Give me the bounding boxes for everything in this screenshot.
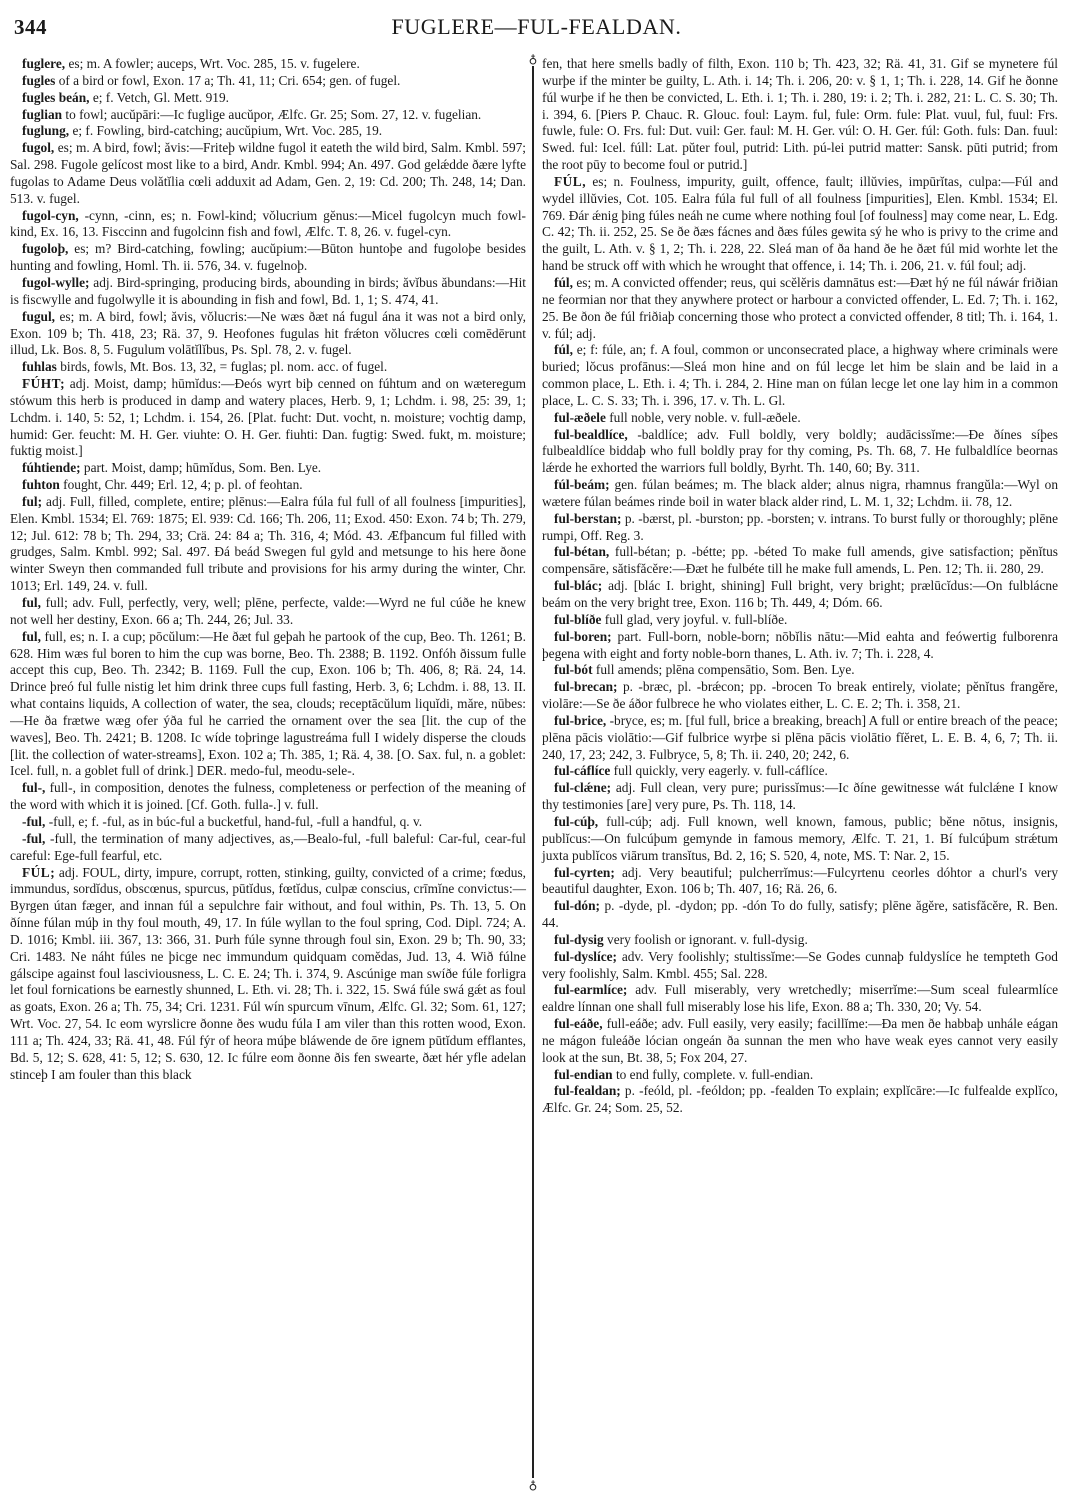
- dictionary-entry: ful-earmlíce; adv. Full miserably, very …: [542, 982, 1058, 1016]
- dictionary-entry: ful-dón; p. -dyde, pl. -dydon; pp. -dón …: [542, 898, 1058, 932]
- dictionary-entry: ful-dyslíce; adv. Very foolishly; stulti…: [542, 949, 1058, 983]
- dictionary-entry: ful-clǽne; adj. Full clean, very pure; p…: [542, 780, 1058, 814]
- entry-headword: ful-boren;: [554, 629, 612, 644]
- entry-headword: fúl,: [554, 342, 573, 357]
- entry-definition: part. Moist, damp; hūmĭdus, Som. Ben. Ly…: [84, 460, 321, 475]
- entry-headword: fugol-wylle;: [22, 275, 89, 290]
- entry-definition: es; m. A fowler; auceps, Wrt. Voc. 285, …: [68, 56, 359, 71]
- entry-definition: full-bétan; p. -bétte; pp. -béted To mak…: [542, 544, 1058, 576]
- dictionary-entry: -ful, -full, e; f. -ful, as in búc-ful a…: [10, 814, 526, 831]
- entry-headword: ful,: [22, 595, 41, 610]
- dictionary-entry: ful, full; adv. Full, perfectly, very, w…: [10, 595, 526, 629]
- entry-headword: ful-eáðe,: [554, 1016, 603, 1031]
- page-header: 344 FUGLERE—FUL-FEALDAN.: [14, 4, 1059, 40]
- entry-definition: p. -dyde, pl. -dydon; pp. -dón To do ful…: [542, 898, 1058, 930]
- entry-definition: full noble, very noble. v. full-æðele.: [609, 410, 800, 425]
- entry-definition: full; adv. Full, perfectly, very, well; …: [10, 595, 526, 627]
- entry-definition: full-cúþ; adj. Full known, well known, f…: [542, 814, 1058, 863]
- entry-headword: ful-bétan,: [554, 544, 609, 559]
- entry-headword: ful;: [22, 494, 42, 509]
- dictionary-entry: fúl, es; m. A convicted offender; reus, …: [542, 275, 1058, 342]
- dictionary-entry: fúl, e; f: fúle, an; f. A foul, common o…: [542, 342, 1058, 409]
- dictionary-entry: fúhtiende; part. Moist, damp; hūmĭdus, S…: [10, 460, 526, 477]
- dictionary-entry: fuglian to fowl; aucŭpāri:—Ic fuglige au…: [10, 107, 526, 124]
- entry-headword: fugol,: [22, 140, 54, 155]
- entry-definition: full-eáðe; adv. Full easily, very easily…: [542, 1016, 1058, 1065]
- entry-definition: es; m. A bird, fowl; ăvis, vŏlucris:—Ne …: [10, 309, 526, 358]
- entry-definition: e; f: fúle, an; f. A foul, common or unc…: [542, 342, 1058, 408]
- entry-headword: fúl-beám;: [554, 477, 610, 492]
- entry-headword: fugul,: [22, 309, 55, 324]
- entry-definition: -bryce, es; m. [ful full, brice a breaki…: [542, 713, 1058, 762]
- entry-headword: ful-bealdlíce,: [554, 427, 628, 442]
- dictionary-entry: ful-berstan; p. -bærst, pl. -burston; pp…: [542, 511, 1058, 545]
- dictionary-entry: fugles beán, e; f. Vetch, Gl. Mett. 919.: [10, 90, 526, 107]
- dictionary-entry: fugles of a bird or fowl, Exon. 17 a; Th…: [10, 73, 526, 90]
- entry-headword: ful-blác;: [554, 578, 602, 593]
- dictionary-entry: ful-, full-, in composition, denotes the…: [10, 780, 526, 814]
- dictionary-entry: fugol-wylle; adj. Bird-springing, produc…: [10, 275, 526, 309]
- entry-headword: ful-brice,: [554, 713, 606, 728]
- dictionary-entry: ful-eáðe, full-eáðe; adv. Full easily, v…: [542, 1016, 1058, 1067]
- entry-definition: e; f. Fowling, bird-catching; aucŭpium, …: [72, 123, 382, 138]
- entry-definition: full, es; n. I. a cup; pōcŭlum:—He ðæt f…: [10, 629, 526, 779]
- running-title: FUGLERE—FUL-FEALDAN.: [14, 14, 1059, 40]
- dictionary-entry: fen, that here smells badly of filth, Ex…: [542, 56, 1058, 174]
- dictionary-entry: fuglere, es; m. A fowler; auceps, Wrt. V…: [10, 56, 526, 73]
- entry-headword: ful-dysig: [554, 932, 604, 947]
- entry-definition: adv. Very foolishly; stultissĭme:—Se God…: [542, 949, 1058, 981]
- entry-definition: to fowl; aucŭpāri:—Ic fuglige aucŭpor, Æ…: [65, 107, 481, 122]
- entry-definition: es; m? Bird-catching, fowling; aucŭpium:…: [10, 241, 526, 273]
- entry-definition: es; m. A bird, fowl; ăvis:—Friteþ wildne…: [10, 140, 526, 206]
- entry-headword: ful-æðele: [554, 410, 606, 425]
- entry-headword: fuglere,: [22, 56, 65, 71]
- entry-definition: adj. Full, filled, complete, entire; plē…: [10, 494, 526, 593]
- entry-headword: ful-endian: [554, 1067, 613, 1082]
- entry-headword: FÚHT;: [22, 376, 65, 391]
- dictionary-entry: fugul, es; m. A bird, fowl; ăvis, vŏlucr…: [10, 309, 526, 360]
- entry-definition: part. Full-born, noble-born; nōbĭlis nāt…: [542, 629, 1058, 661]
- left-column: fuglere, es; m. A fowler; auceps, Wrt. V…: [10, 56, 532, 1486]
- entry-headword: fúhtiende;: [22, 460, 81, 475]
- dictionary-entry: fuglung, e; f. Fowling, bird-catching; a…: [10, 123, 526, 140]
- entry-definition: full amends; plēna compensātio, Som. Ben…: [596, 662, 855, 677]
- entry-definition: fought, Chr. 449; Erl. 12, 4; p. pl. of …: [63, 477, 302, 492]
- entry-definition: adj. Full clean, very pure; purissĭmus:—…: [542, 780, 1058, 812]
- entry-headword: ful-berstan;: [554, 511, 621, 526]
- entry-headword: fugoloþ,: [22, 241, 68, 256]
- column-divider-rule: ♁ ♁: [532, 62, 534, 1480]
- entry-definition: full quickly, very eagerly. v. full-cáfl…: [614, 763, 828, 778]
- entry-headword: ful-bót: [554, 662, 593, 677]
- dictionary-entry: ful-cúþ, full-cúþ; adj. Full known, well…: [542, 814, 1058, 865]
- entry-definition: adj. FOUL, dirty, impure, corrupt, rotte…: [10, 865, 526, 1082]
- entry-headword: ful-fealdan;: [554, 1083, 621, 1098]
- entry-definition: full-, in composition, denotes the fulne…: [10, 780, 526, 812]
- entry-headword: fugol-cyn,: [22, 208, 79, 223]
- entry-headword: ful-cáflíce: [554, 763, 610, 778]
- dictionary-entry: ful-blíðe full glad, very joyful. v. ful…: [542, 612, 1058, 629]
- dictionary-entry: fuhton fought, Chr. 449; Erl. 12, 4; p. …: [10, 477, 526, 494]
- two-column-body: fuglere, es; m. A fowler; auceps, Wrt. V…: [10, 56, 1063, 1486]
- entry-definition: -cynn, -cinn, es; n. Fowl-kind; vŏlucriu…: [10, 208, 526, 240]
- entry-definition: to end fully, complete. v. full-endian.: [616, 1067, 813, 1082]
- dictionary-entry: fúl-beám; gen. fúlan beámes; m. The blac…: [542, 477, 1058, 511]
- entry-headword: ful-brecan;: [554, 679, 618, 694]
- dictionary-entry: FÚL, es; n. Foulness, impurity, guilt, o…: [542, 174, 1058, 275]
- entry-definition: gen. fúlan beámes; m. The black alder; a…: [542, 477, 1058, 509]
- entry-definition: very foolish or ignorant. v. full-dysig.: [607, 932, 808, 947]
- dictionary-entry: FÚHT; adj. Moist, damp; hūmĭdus:—Ðeós wy…: [10, 376, 526, 460]
- entry-headword: ful-cúþ,: [554, 814, 598, 829]
- dictionary-entry: fugoloþ, es; m? Bird-catching, fowling; …: [10, 241, 526, 275]
- dictionary-entry: fuhlas birds, fowls, Mt. Bos. 13, 32, = …: [10, 359, 526, 376]
- entry-definition: adj. [blác I. bright, shining] Full brig…: [542, 578, 1058, 610]
- dictionary-entry: ful-boren; part. Full-born, noble-born; …: [542, 629, 1058, 663]
- entry-headword: fuhton: [22, 477, 60, 492]
- entry-definition: es; n. Foulness, impurity, guilt, offenc…: [542, 174, 1058, 273]
- entry-headword: FÚL,: [554, 174, 586, 189]
- entry-definition: of a bird or fowl, Exon. 17 a; Th. 41, 1…: [59, 73, 401, 88]
- entry-headword: ful-blíðe: [554, 612, 601, 627]
- entry-headword: ful-dyslíce;: [554, 949, 617, 964]
- dictionary-entry: fugol-cyn, -cynn, -cinn, es; n. Fowl-kin…: [10, 208, 526, 242]
- dictionary-entry: ful-dysig very foolish or ignorant. v. f…: [542, 932, 1058, 949]
- entry-headword: ful-cyrten;: [554, 865, 615, 880]
- entry-headword: -ful,: [22, 831, 45, 846]
- entry-headword: fugles: [22, 73, 55, 88]
- entry-definition: -full, the termination of many adjective…: [10, 831, 526, 863]
- entry-definition: e; f. Vetch, Gl. Mett. 919.: [93, 90, 229, 105]
- entry-definition: full glad, very joyful. v. full-blíðe.: [605, 612, 788, 627]
- entry-definition: p. -bræc, pl. -brǽcon; pp. -brocen To br…: [542, 679, 1058, 711]
- entry-definition: adj. Very beautiful; pulcherrĭmus:—Fulcy…: [542, 865, 1058, 897]
- entry-definition: birds, fowls, Mt. Bos. 13, 32, = fuglas;…: [60, 359, 387, 374]
- dictionary-entry: ful-bealdlíce, -baldlíce; adv. Full bold…: [542, 427, 1058, 478]
- entry-headword: ful-dón;: [554, 898, 600, 913]
- entry-headword: FÚL;: [22, 865, 55, 880]
- dictionary-entry: FÚL; adj. FOUL, dirty, impure, corrupt, …: [10, 865, 526, 1084]
- entry-headword: fúl,: [554, 275, 573, 290]
- dictionary-entry: ful-æðele full noble, very noble. v. ful…: [542, 410, 1058, 427]
- entry-headword: ful-,: [22, 780, 45, 795]
- dictionary-page: 344 FUGLERE—FUL-FEALDAN. fuglere, es; m.…: [0, 0, 1073, 1500]
- dictionary-entry: ful, full, es; n. I. a cup; pōcŭlum:—He …: [10, 629, 526, 781]
- dictionary-entry: ful-cáflíce full quickly, very eagerly. …: [542, 763, 1058, 780]
- dictionary-entry: ful-blác; adj. [blác I. bright, shining]…: [542, 578, 1058, 612]
- entry-headword: ful-clǽne;: [554, 780, 611, 795]
- divider-top-ornament-icon: ♁: [526, 52, 540, 66]
- entry-definition: fen, that here smells badly of filth, Ex…: [542, 56, 1058, 172]
- dictionary-entry: fugol, es; m. A bird, fowl; ăvis:—Friteþ…: [10, 140, 526, 207]
- right-column: fen, that here smells badly of filth, Ex…: [534, 56, 1058, 1486]
- entry-definition: -full, e; f. -ful, as in búc-ful a bucke…: [49, 814, 422, 829]
- dictionary-entry: ful-brice, -bryce, es; m. [ful full, bri…: [542, 713, 1058, 764]
- entry-definition: es; m. A convicted offender; reus, qui s…: [542, 275, 1058, 341]
- entry-definition: adj. Moist, damp; hūmĭdus:—Ðeós wyrt biþ…: [10, 376, 526, 458]
- dictionary-entry: -ful, -full, the termination of many adj…: [10, 831, 526, 865]
- entry-headword: fuhlas: [22, 359, 57, 374]
- dictionary-entry: ful-fealdan; p. -feóld, pl. -feóldon; pp…: [542, 1083, 1058, 1117]
- entry-headword: fuglung,: [22, 123, 69, 138]
- dictionary-entry: ful-brecan; p. -bræc, pl. -brǽcon; pp. -…: [542, 679, 1058, 713]
- entry-headword: ful,: [22, 629, 41, 644]
- dictionary-entry: ful-bétan, full-bétan; p. -bétte; pp. -b…: [542, 544, 1058, 578]
- divider-bottom-ornament-icon: ♁: [526, 1478, 540, 1492]
- dictionary-entry: ful-bót full amends; plēna compensātio, …: [542, 662, 1058, 679]
- dictionary-entry: ful-endian to end fully, complete. v. fu…: [542, 1067, 1058, 1084]
- dictionary-entry: ful-cyrten; adj. Very beautiful; pulcher…: [542, 865, 1058, 899]
- entry-headword: fugles beán,: [22, 90, 89, 105]
- entry-headword: ful-earmlíce;: [554, 982, 627, 997]
- entry-headword: fuglian: [22, 107, 62, 122]
- dictionary-entry: ful; adj. Full, filled, complete, entire…: [10, 494, 526, 595]
- entry-headword: -ful,: [22, 814, 45, 829]
